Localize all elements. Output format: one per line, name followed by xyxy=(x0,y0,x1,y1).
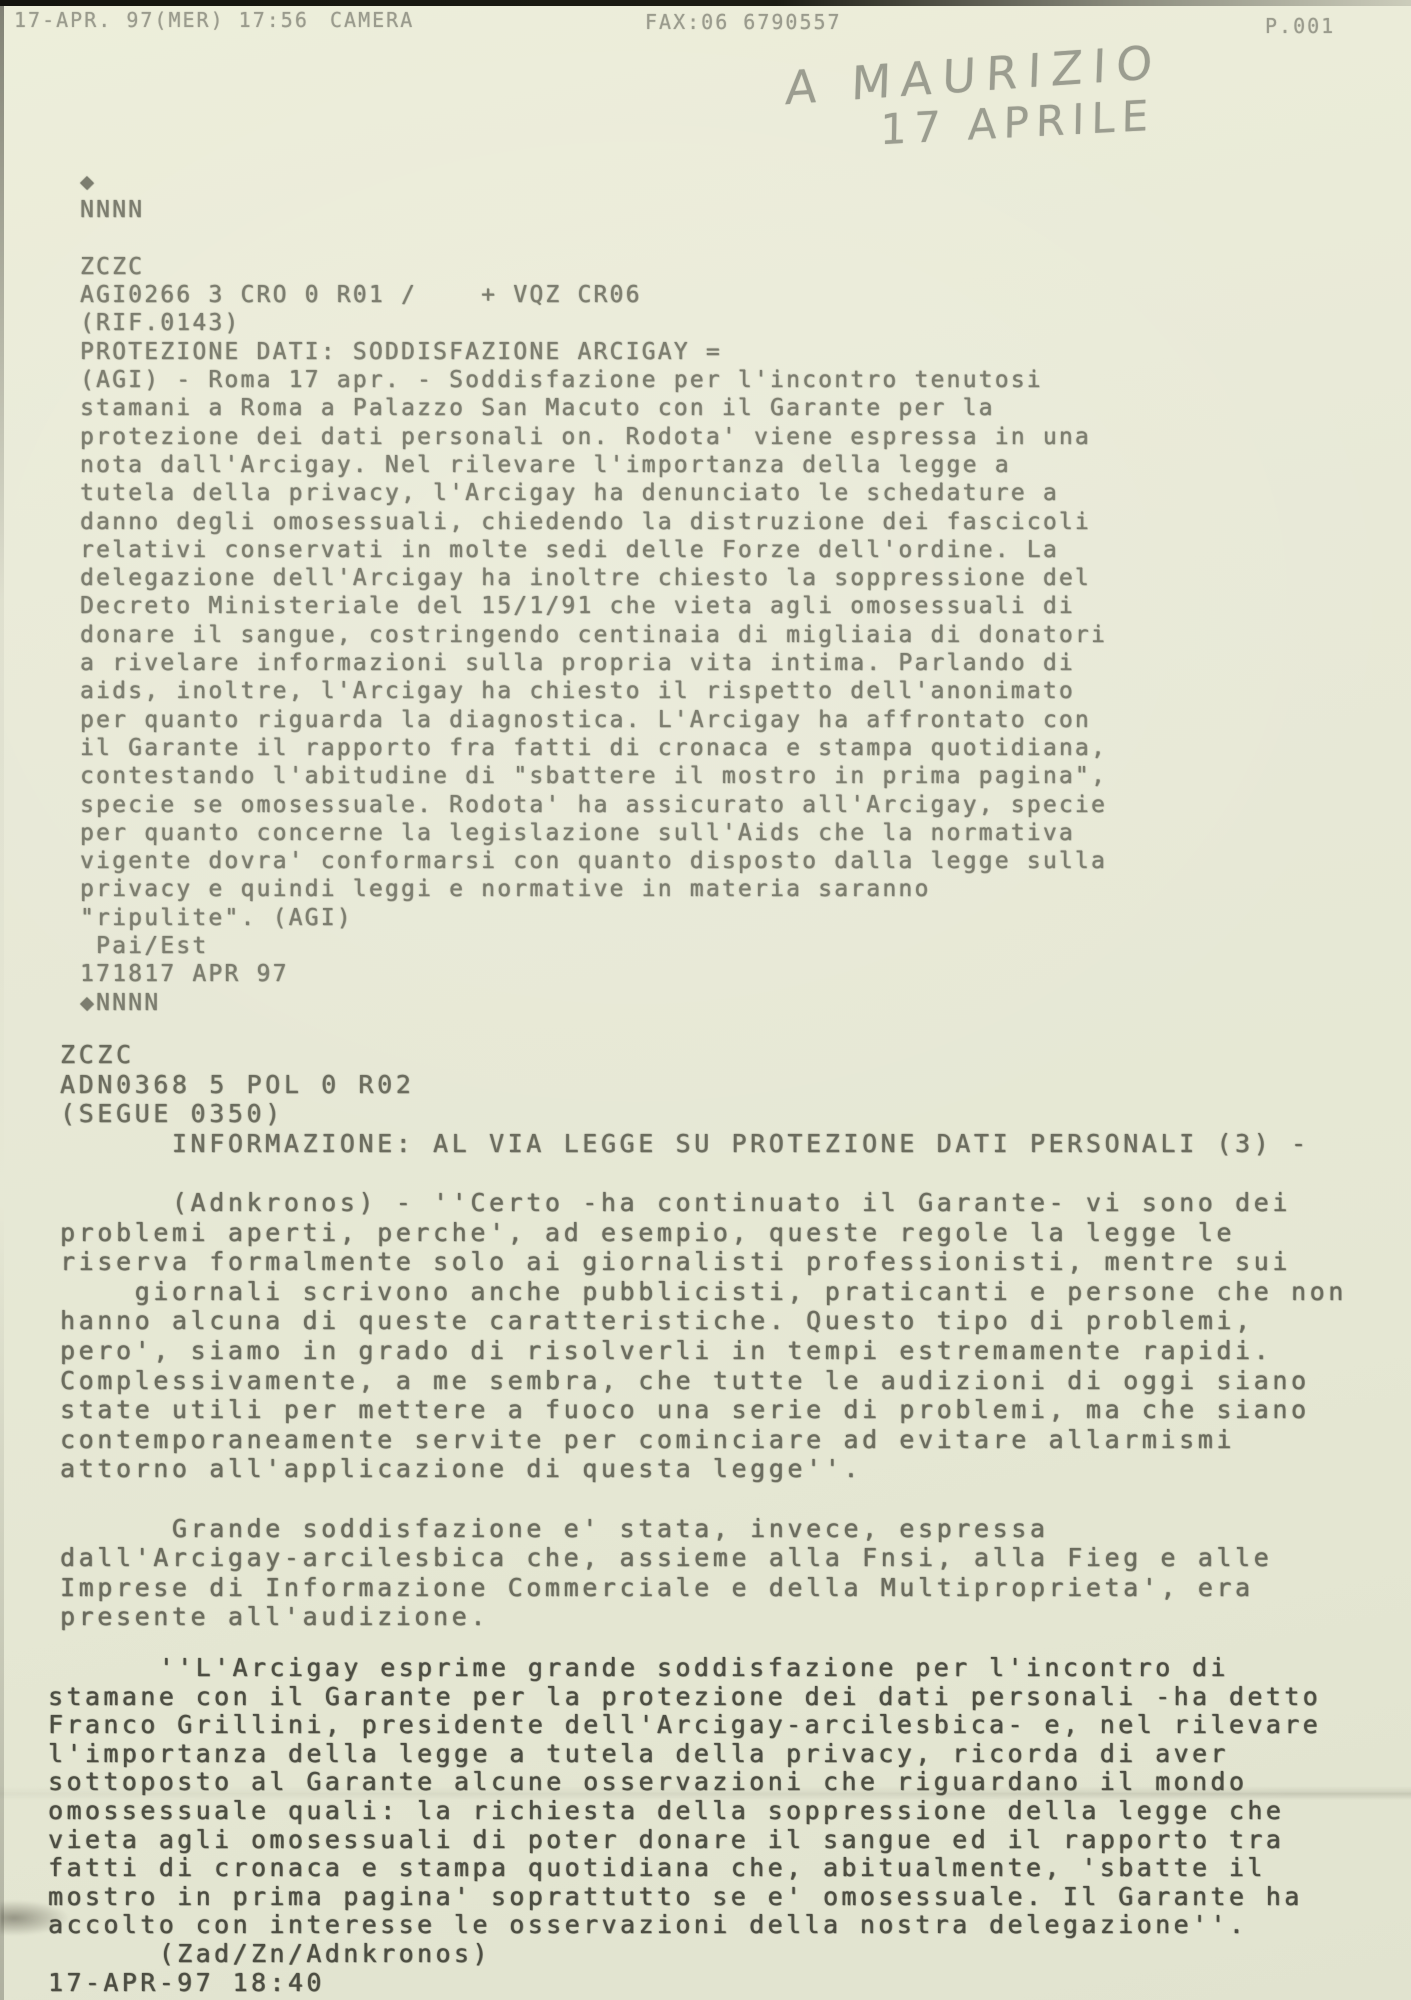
agi-dispatch-text: ◆ NNNN ZCZC AGI0266 3 CRO 0 R01 / + VQZ … xyxy=(80,168,1107,1017)
scan-smudge xyxy=(0,1900,70,1936)
scan-edge-left xyxy=(0,0,4,2000)
fax-timestamp: 17-APR. 97(MER) 17:56 xyxy=(14,8,309,32)
adnkronos-dispatch-text: ZCZC ADN0368 5 POL 0 R02 (SEGUE 0350) IN… xyxy=(60,1040,1347,1632)
fax-number: FAX:06 6790557 xyxy=(645,10,842,34)
fax-page-number: P.001 xyxy=(1265,14,1335,38)
paper-fold-crease xyxy=(0,1786,1411,1800)
scan-edge-top xyxy=(0,0,1411,6)
fax-page: 17-APR. 97(MER) 17:56 CAMERA FAX:06 6790… xyxy=(0,0,1411,2000)
adnkronos-dispatch-closing-text: ''L'Arcigay esprime grande soddisfazione… xyxy=(48,1654,1321,1997)
fax-sender-name: CAMERA xyxy=(330,8,414,32)
